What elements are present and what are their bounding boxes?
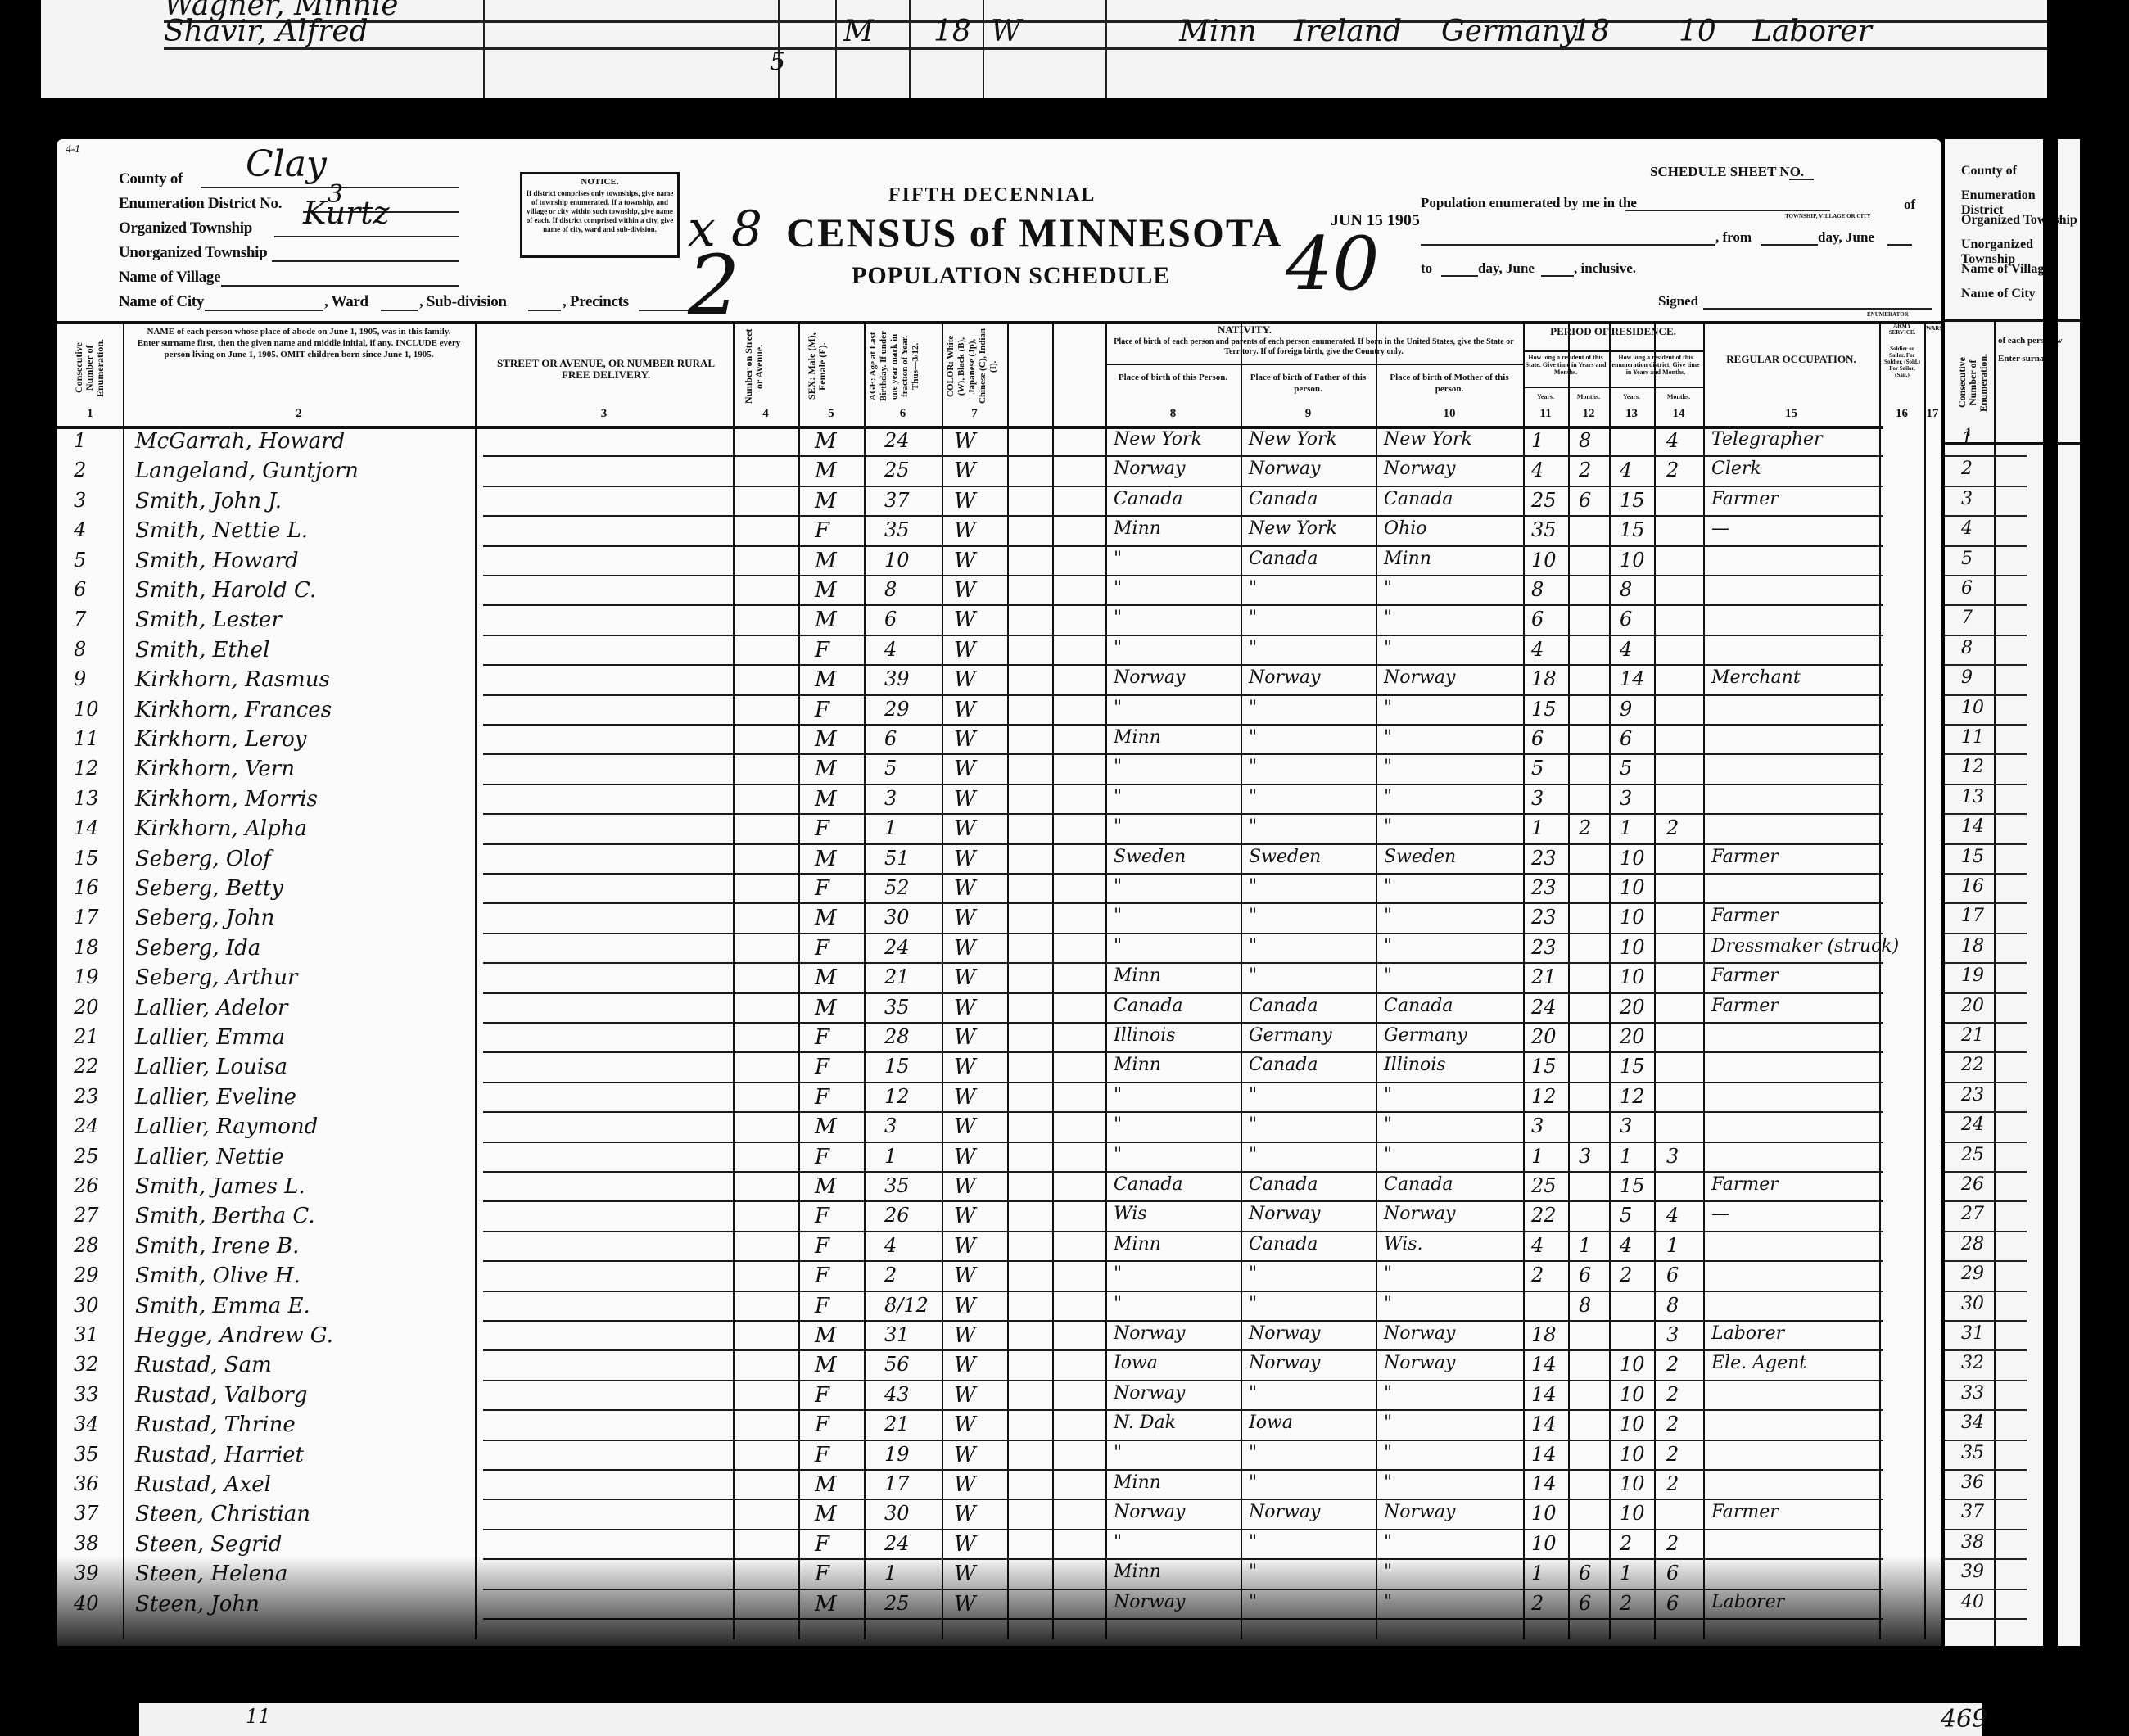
birthplace-mother: Canada bbox=[1384, 1174, 1453, 1195]
district-years: 10 bbox=[1620, 847, 1645, 870]
prev-row-occupation: Laborer bbox=[1752, 15, 1872, 48]
color-value: W bbox=[954, 698, 976, 722]
row-rule bbox=[483, 486, 1883, 487]
col-12-header: Months. bbox=[1568, 391, 1609, 403]
age-value: 39 bbox=[884, 667, 910, 690]
to-label: to bbox=[1421, 260, 1432, 277]
birthplace-person: Wis bbox=[1114, 1204, 1147, 1224]
county-label: County of bbox=[119, 170, 183, 188]
adjacent-row-number: 12 bbox=[1961, 757, 1984, 777]
birthplace-mother: Norway bbox=[1384, 1502, 1455, 1522]
col-8-header: Place of birth of this Person. bbox=[1110, 372, 1236, 383]
district-years: 10 bbox=[1620, 936, 1645, 959]
adjacent-header-label: County of bbox=[1961, 164, 2017, 179]
state-months: 6 bbox=[1579, 489, 1591, 512]
color-value: W bbox=[954, 1443, 976, 1467]
sex-value: M bbox=[815, 1174, 837, 1199]
age-value: 1 bbox=[884, 1145, 897, 1168]
row-rule bbox=[483, 545, 1883, 547]
adjacent-row-number: 11 bbox=[1961, 727, 1984, 748]
corner-note: 4-1 bbox=[66, 143, 80, 156]
person-name: Smith, Harold C. bbox=[135, 578, 316, 603]
color-value: W bbox=[954, 1264, 976, 1288]
sex-value: M bbox=[815, 1502, 837, 1526]
birthplace-father: " bbox=[1249, 1472, 1257, 1493]
person-name: Lallier, Emma bbox=[135, 1025, 285, 1050]
birthplace-mother: Wis. bbox=[1384, 1234, 1423, 1255]
birthplace-person: Minn bbox=[1114, 965, 1161, 986]
nativity-text: Place of birth of each person and parent… bbox=[1107, 337, 1521, 357]
census-page: 4-1 County of Clay Enumeration District … bbox=[57, 139, 1941, 1646]
sex-value: F bbox=[815, 1055, 829, 1079]
birthplace-person: " bbox=[1114, 578, 1122, 599]
birthplace-person: Canada bbox=[1114, 1174, 1182, 1195]
birthplace-father: Canada bbox=[1249, 996, 1318, 1016]
district-years: 15 bbox=[1620, 1174, 1645, 1197]
adjacent-row-number: 34 bbox=[1961, 1413, 1984, 1433]
adjacent-row-number: 1 bbox=[1961, 429, 1973, 450]
sex-value: F bbox=[815, 1204, 829, 1228]
sex-value: M bbox=[815, 727, 837, 752]
birthplace-person: Norway bbox=[1114, 1323, 1185, 1344]
district-years: 3 bbox=[1620, 1114, 1632, 1137]
birthplace-person: Minn bbox=[1114, 1055, 1161, 1075]
enumerated-sublabel: TOWNSHIP, VILLAGE OR CITY bbox=[1785, 213, 1871, 219]
birthplace-mother: " bbox=[1384, 608, 1392, 628]
district-years: 4 bbox=[1620, 638, 1632, 661]
birthplace-mother: Minn bbox=[1384, 549, 1431, 569]
prev-row-mother: Germany bbox=[1441, 15, 1577, 48]
col-14-num: 14 bbox=[1654, 407, 1703, 421]
sex-value: F bbox=[815, 1294, 829, 1318]
birthplace-father: " bbox=[1249, 698, 1257, 718]
col-8-num: 8 bbox=[1105, 407, 1241, 421]
sex-value: M bbox=[815, 1114, 837, 1139]
district-years: 8 bbox=[1620, 578, 1632, 601]
row-rule bbox=[483, 1320, 1883, 1322]
state-years: 14 bbox=[1531, 1383, 1557, 1406]
prev-row-age: 18 bbox=[933, 15, 971, 48]
adjacent-row-number: 37 bbox=[1961, 1502, 1984, 1522]
sex-value: M bbox=[815, 965, 837, 990]
birthplace-person: N. Dak bbox=[1114, 1413, 1176, 1433]
adjacent-row-number: 17 bbox=[1961, 906, 1984, 926]
row-rule bbox=[483, 784, 1883, 785]
row-rule bbox=[483, 1260, 1883, 1262]
district-months: 2 bbox=[1666, 1413, 1679, 1435]
state-years: 25 bbox=[1531, 489, 1557, 512]
birthplace-mother: " bbox=[1384, 1294, 1392, 1314]
adjacent-row-number: 9 bbox=[1961, 667, 1973, 688]
col-5-num: 5 bbox=[798, 407, 864, 421]
col-2-num: 2 bbox=[123, 407, 475, 421]
state-years: 14 bbox=[1531, 1472, 1557, 1495]
birthplace-father: Canada bbox=[1249, 1174, 1318, 1195]
person-name: Seberg, Ida bbox=[135, 936, 260, 961]
row-number: 16 bbox=[74, 876, 99, 899]
district-years: 10 bbox=[1620, 1472, 1645, 1495]
adjacent-row-number: 6 bbox=[1961, 578, 1973, 599]
sex-value: M bbox=[815, 667, 837, 692]
sex-value: F bbox=[815, 1085, 829, 1110]
birthplace-mother: " bbox=[1384, 906, 1392, 926]
row-number: 27 bbox=[74, 1204, 99, 1227]
adjacent-row-number: 5 bbox=[1961, 549, 1973, 569]
adjacent-row-number: 29 bbox=[1961, 1264, 1984, 1284]
adjacent-row-number: 33 bbox=[1961, 1383, 1984, 1404]
color-value: W bbox=[954, 757, 976, 781]
sex-value: M bbox=[815, 578, 837, 603]
district-months: 6 bbox=[1666, 1264, 1679, 1286]
color-value: W bbox=[954, 787, 976, 811]
color-value: W bbox=[954, 816, 976, 841]
adjacent-row-number: 3 bbox=[1961, 489, 1973, 509]
color-value: W bbox=[954, 1472, 976, 1497]
org-township-label: Organized Township bbox=[119, 219, 252, 237]
col-9-header: Place of birth of Father of this person. bbox=[1245, 372, 1372, 395]
occupation: Farmer bbox=[1711, 1502, 1779, 1522]
prev-row-father: Ireland bbox=[1294, 15, 1402, 48]
row-rule bbox=[483, 635, 1883, 636]
birthplace-father: " bbox=[1249, 727, 1257, 748]
birthplace-mother: " bbox=[1384, 1145, 1392, 1165]
birthplace-person: " bbox=[1114, 1145, 1122, 1165]
person-name: Smith, James L. bbox=[135, 1174, 305, 1199]
birthplace-person: " bbox=[1114, 1085, 1122, 1105]
birthplace-person: Sweden bbox=[1114, 847, 1186, 867]
col-4-header: Number on Street or Avenue. bbox=[744, 328, 789, 405]
row-number: 23 bbox=[74, 1085, 99, 1108]
sex-value: F bbox=[815, 1264, 829, 1288]
state-years: 24 bbox=[1531, 996, 1557, 1019]
person-name: Rustad, Axel bbox=[135, 1472, 271, 1497]
color-value: W bbox=[954, 965, 976, 990]
state-months: 6 bbox=[1579, 1264, 1591, 1286]
sex-value: F bbox=[815, 1443, 829, 1467]
sex-value: M bbox=[815, 847, 837, 871]
age-value: 8 bbox=[884, 578, 897, 601]
person-name: McGarrah, Howard bbox=[135, 429, 345, 454]
row-rule bbox=[483, 694, 1883, 696]
person-name: Lallier, Louisa bbox=[135, 1055, 287, 1079]
adjacent-row-number: 16 bbox=[1961, 876, 1984, 897]
col-5-header: SEX: Male (M), Female (F). bbox=[807, 328, 856, 405]
occupation: Farmer bbox=[1711, 996, 1779, 1016]
color-value: W bbox=[954, 459, 976, 483]
district-years: 10 bbox=[1620, 1502, 1645, 1525]
district-months: 2 bbox=[1666, 1383, 1679, 1406]
birthplace-father: Norway bbox=[1249, 459, 1320, 479]
birthplace-mother: " bbox=[1384, 1532, 1392, 1553]
row-rule bbox=[483, 843, 1883, 845]
birthplace-father: Germany bbox=[1249, 1025, 1332, 1046]
birthplace-father: " bbox=[1249, 757, 1257, 777]
row-rule bbox=[483, 902, 1883, 904]
sex-value: M bbox=[815, 787, 837, 811]
notice-box: NOTICE. If district comprises only towns… bbox=[520, 172, 680, 258]
age-value: 12 bbox=[884, 1085, 910, 1108]
color-value: W bbox=[954, 727, 976, 752]
birthplace-person: " bbox=[1114, 1264, 1122, 1284]
adjacent-row-number: 21 bbox=[1961, 1025, 1984, 1046]
adjacent-header-label: Organized Township bbox=[1961, 213, 2077, 228]
col-9-num: 9 bbox=[1241, 407, 1376, 421]
binding-bar bbox=[2043, 131, 2058, 1654]
birthplace-mother: New York bbox=[1384, 429, 1472, 450]
state-years: 12 bbox=[1531, 1085, 1557, 1108]
district-months: 2 bbox=[1666, 816, 1679, 839]
row-rule bbox=[483, 1469, 1883, 1471]
birthplace-mother: " bbox=[1384, 727, 1392, 748]
prev-row-name: Shavir, Alfred bbox=[164, 15, 368, 48]
age-value: 30 bbox=[884, 1502, 910, 1525]
adjacent-row-number: 22 bbox=[1961, 1055, 1984, 1075]
age-value: 21 bbox=[884, 1413, 910, 1435]
birthplace-mother: " bbox=[1384, 1085, 1392, 1105]
age-value: 25 bbox=[884, 459, 910, 481]
col-3-header: STREET OR AVENUE, OR NUMBER RURAL FREE D… bbox=[491, 358, 721, 381]
age-value: 1 bbox=[884, 816, 897, 839]
birthplace-father: Norway bbox=[1249, 667, 1320, 688]
age-value: 28 bbox=[884, 1025, 910, 1048]
color-value: W bbox=[954, 638, 976, 662]
age-value: 6 bbox=[884, 727, 897, 750]
row-number: 1 bbox=[74, 429, 86, 452]
adjacent-row-number: 8 bbox=[1961, 638, 1973, 658]
person-name: Steen, Christian bbox=[135, 1502, 310, 1526]
org-township-value: Kurtz bbox=[303, 195, 389, 231]
birthplace-mother: Norway bbox=[1384, 1323, 1455, 1344]
col-12-num: 12 bbox=[1568, 407, 1609, 421]
color-value: W bbox=[954, 1174, 976, 1199]
col-1-header: Consecutive Number of Enumeration. bbox=[74, 333, 119, 403]
birthplace-mother: Canada bbox=[1384, 996, 1453, 1016]
col-17-num: 17 bbox=[1924, 407, 1941, 421]
state-years: 14 bbox=[1531, 1353, 1557, 1376]
birthplace-person: Norway bbox=[1114, 667, 1185, 688]
enumerated-label: Population enumerated by me in the bbox=[1421, 195, 1637, 211]
age-value: 8/12 bbox=[884, 1294, 929, 1317]
col-13-header: Years. bbox=[1609, 391, 1654, 403]
birthplace-mother: " bbox=[1384, 757, 1392, 777]
row-rule bbox=[483, 664, 1883, 666]
birthplace-person: " bbox=[1114, 638, 1122, 658]
row-number: 22 bbox=[74, 1055, 99, 1078]
district-years: 20 bbox=[1620, 1025, 1645, 1048]
birthplace-mother: Canada bbox=[1384, 489, 1453, 509]
birthplace-person: Minn bbox=[1114, 1472, 1161, 1493]
adjacent-row-number: 35 bbox=[1961, 1443, 1984, 1463]
person-name: Steen, Segrid bbox=[135, 1532, 283, 1557]
col-14-header: Months. bbox=[1654, 391, 1703, 403]
adjacent-page-fragment: County ofEnumeration DistrictOrganized T… bbox=[1945, 139, 2080, 1646]
row-rule bbox=[483, 1111, 1883, 1113]
sex-value: F bbox=[815, 1413, 829, 1437]
adjacent-row-number: 2 bbox=[1961, 459, 1973, 479]
birthplace-mother: " bbox=[1384, 1383, 1392, 1404]
city-label: Name of City bbox=[119, 293, 204, 311]
adjacent-row-number: 10 bbox=[1961, 698, 1984, 718]
birthplace-mother: " bbox=[1384, 1413, 1392, 1433]
birthplace-mother: " bbox=[1384, 965, 1392, 986]
row-rule bbox=[483, 604, 1883, 606]
birthplace-person: Norway bbox=[1114, 459, 1185, 479]
birthplace-mother: " bbox=[1384, 1443, 1392, 1463]
row-rule bbox=[483, 1440, 1883, 1441]
district-years: 4 bbox=[1620, 1234, 1632, 1257]
nativity-title: NATIVITY. bbox=[1114, 324, 1376, 336]
row-number: 11 bbox=[74, 727, 99, 750]
person-name: Kirkhorn, Rasmus bbox=[135, 667, 330, 692]
birthplace-person: " bbox=[1114, 608, 1122, 628]
notice-title: NOTICE. bbox=[526, 178, 674, 187]
scan-edge bbox=[2080, 0, 2129, 1736]
state-years: 4 bbox=[1531, 459, 1544, 481]
district-years: 10 bbox=[1620, 876, 1645, 899]
birthplace-mother: " bbox=[1384, 638, 1392, 658]
color-value: W bbox=[954, 489, 976, 513]
state-years: 1 bbox=[1531, 816, 1544, 839]
birthplace-father: Norway bbox=[1249, 1323, 1320, 1344]
row-number: 18 bbox=[74, 936, 99, 959]
row-number: 12 bbox=[74, 757, 99, 780]
adjacent-row-number: 40 bbox=[1961, 1592, 1984, 1612]
row-rule bbox=[483, 1142, 1883, 1143]
col-15-num: 15 bbox=[1703, 407, 1879, 421]
district-months: 4 bbox=[1666, 429, 1679, 452]
district-years: 15 bbox=[1620, 518, 1645, 541]
person-name: Kirkhorn, Leroy bbox=[135, 727, 306, 752]
inclusive-label: , inclusive. bbox=[1574, 260, 1636, 277]
col-7-header: COLOR: White (W), Black (B), Japanese (J… bbox=[946, 328, 1003, 405]
row-number: 14 bbox=[74, 816, 99, 839]
person-name: Smith, Bertha C. bbox=[135, 1204, 315, 1228]
color-value: W bbox=[954, 1502, 976, 1526]
row-rule bbox=[483, 1349, 1883, 1351]
person-name: Smith, Irene B. bbox=[135, 1234, 299, 1259]
sex-value: F bbox=[815, 1383, 829, 1408]
person-name: Smith, John J. bbox=[135, 489, 282, 513]
state-months: 1 bbox=[1579, 1234, 1591, 1257]
age-value: 24 bbox=[884, 1532, 910, 1555]
sex-value: M bbox=[815, 549, 837, 573]
district-years: 9 bbox=[1620, 698, 1632, 721]
row-rule bbox=[483, 724, 1883, 726]
row-number: 26 bbox=[74, 1174, 99, 1197]
person-name: Lallier, Eveline bbox=[135, 1085, 296, 1110]
row-rule bbox=[483, 962, 1883, 964]
state-years: 25 bbox=[1531, 1174, 1557, 1197]
birthplace-person: " bbox=[1114, 1114, 1122, 1135]
state-years: 3 bbox=[1531, 1114, 1544, 1137]
adjacent-row-number: 30 bbox=[1961, 1294, 1984, 1314]
birthplace-person: " bbox=[1114, 1294, 1122, 1314]
birthplace-mother: " bbox=[1384, 876, 1392, 897]
row-number: 25 bbox=[74, 1145, 99, 1168]
row-rule bbox=[483, 1291, 1883, 1292]
person-name: Kirkhorn, Vern bbox=[135, 757, 295, 781]
district-months: 2 bbox=[1666, 1353, 1679, 1376]
birthplace-mother: Norway bbox=[1384, 1353, 1455, 1373]
title-line-2: CENSUS of MINNESOTA bbox=[786, 209, 1283, 256]
row-number: 8 bbox=[74, 638, 86, 661]
row-number: 21 bbox=[74, 1025, 99, 1048]
adjacent-row-number: 15 bbox=[1961, 847, 1984, 867]
adjacent-row-number: 28 bbox=[1961, 1234, 1984, 1255]
occupation: — bbox=[1711, 518, 1729, 539]
birthplace-mother: Illinois bbox=[1384, 1055, 1446, 1075]
person-name: Kirkhorn, Morris bbox=[135, 787, 318, 811]
state-years: 23 bbox=[1531, 847, 1557, 870]
next-page-fragment: 11 bbox=[139, 1703, 1982, 1736]
col-16-num: 16 bbox=[1879, 407, 1924, 421]
state-years: 6 bbox=[1531, 608, 1544, 631]
col-16-header: Soldier or Sailor. For Soldier, (Sold.) … bbox=[1882, 346, 1923, 378]
population-table: Consecutive Number of Enumeration. 1 NAM… bbox=[57, 321, 1941, 1639]
row-number: 6 bbox=[74, 578, 86, 601]
sex-value: F bbox=[815, 1234, 829, 1259]
birthplace-mother: Ohio bbox=[1384, 518, 1427, 539]
sex-value: M bbox=[815, 459, 837, 483]
row-number: 20 bbox=[74, 996, 99, 1019]
adjacent-row-number: 13 bbox=[1961, 787, 1984, 807]
color-value: W bbox=[954, 549, 976, 573]
col-3-num: 3 bbox=[475, 407, 733, 421]
state-years: 10 bbox=[1531, 549, 1557, 572]
col-1-num: 1 bbox=[57, 407, 123, 421]
row-number: 37 bbox=[74, 1502, 99, 1525]
birthplace-father: " bbox=[1249, 578, 1257, 599]
color-value: W bbox=[954, 1413, 976, 1437]
birthplace-mother: " bbox=[1384, 1114, 1392, 1135]
row-rule bbox=[483, 1051, 1883, 1053]
birthplace-father: Iowa bbox=[1249, 1413, 1293, 1433]
col-11-num: 11 bbox=[1523, 407, 1568, 421]
birthplace-father: Canada bbox=[1249, 1234, 1318, 1255]
state-months: 2 bbox=[1579, 459, 1591, 481]
adjacent-row-number: 23 bbox=[1961, 1085, 1984, 1105]
of-label: of bbox=[1904, 197, 1915, 213]
state-years: 23 bbox=[1531, 876, 1557, 899]
page-number: 469 bbox=[1941, 1705, 1987, 1734]
row-rule bbox=[483, 575, 1883, 576]
residence-district-header: How long a resident of this enumeration … bbox=[1611, 354, 1701, 376]
adjacent-row-number: 31 bbox=[1961, 1323, 1984, 1344]
row-number: 19 bbox=[74, 965, 99, 988]
adjacent-row-number: 27 bbox=[1961, 1204, 1984, 1224]
district-years: 10 bbox=[1620, 1383, 1645, 1406]
adjacent-row-number: 24 bbox=[1961, 1114, 1984, 1135]
person-name: Seberg, Arthur bbox=[135, 965, 297, 990]
birthplace-mother: " bbox=[1384, 816, 1392, 837]
age-value: 5 bbox=[884, 757, 897, 780]
birthplace-father: " bbox=[1249, 936, 1257, 956]
sheet-count: 40 bbox=[1286, 221, 1380, 307]
row-number: 4 bbox=[74, 518, 86, 541]
age-value: 24 bbox=[884, 936, 910, 959]
row-number: 31 bbox=[74, 1323, 99, 1346]
color-value: W bbox=[954, 1204, 976, 1228]
row-number: 24 bbox=[74, 1114, 99, 1137]
row-number: 3 bbox=[74, 489, 86, 512]
adjacent-row-number: 26 bbox=[1961, 1174, 1984, 1195]
district-months: 2 bbox=[1666, 1532, 1679, 1555]
district-years: 10 bbox=[1620, 906, 1645, 929]
birthplace-father: " bbox=[1249, 1532, 1257, 1553]
color-value: W bbox=[954, 1532, 976, 1557]
row-number: 36 bbox=[74, 1472, 99, 1495]
district-years: 4 bbox=[1620, 459, 1632, 481]
